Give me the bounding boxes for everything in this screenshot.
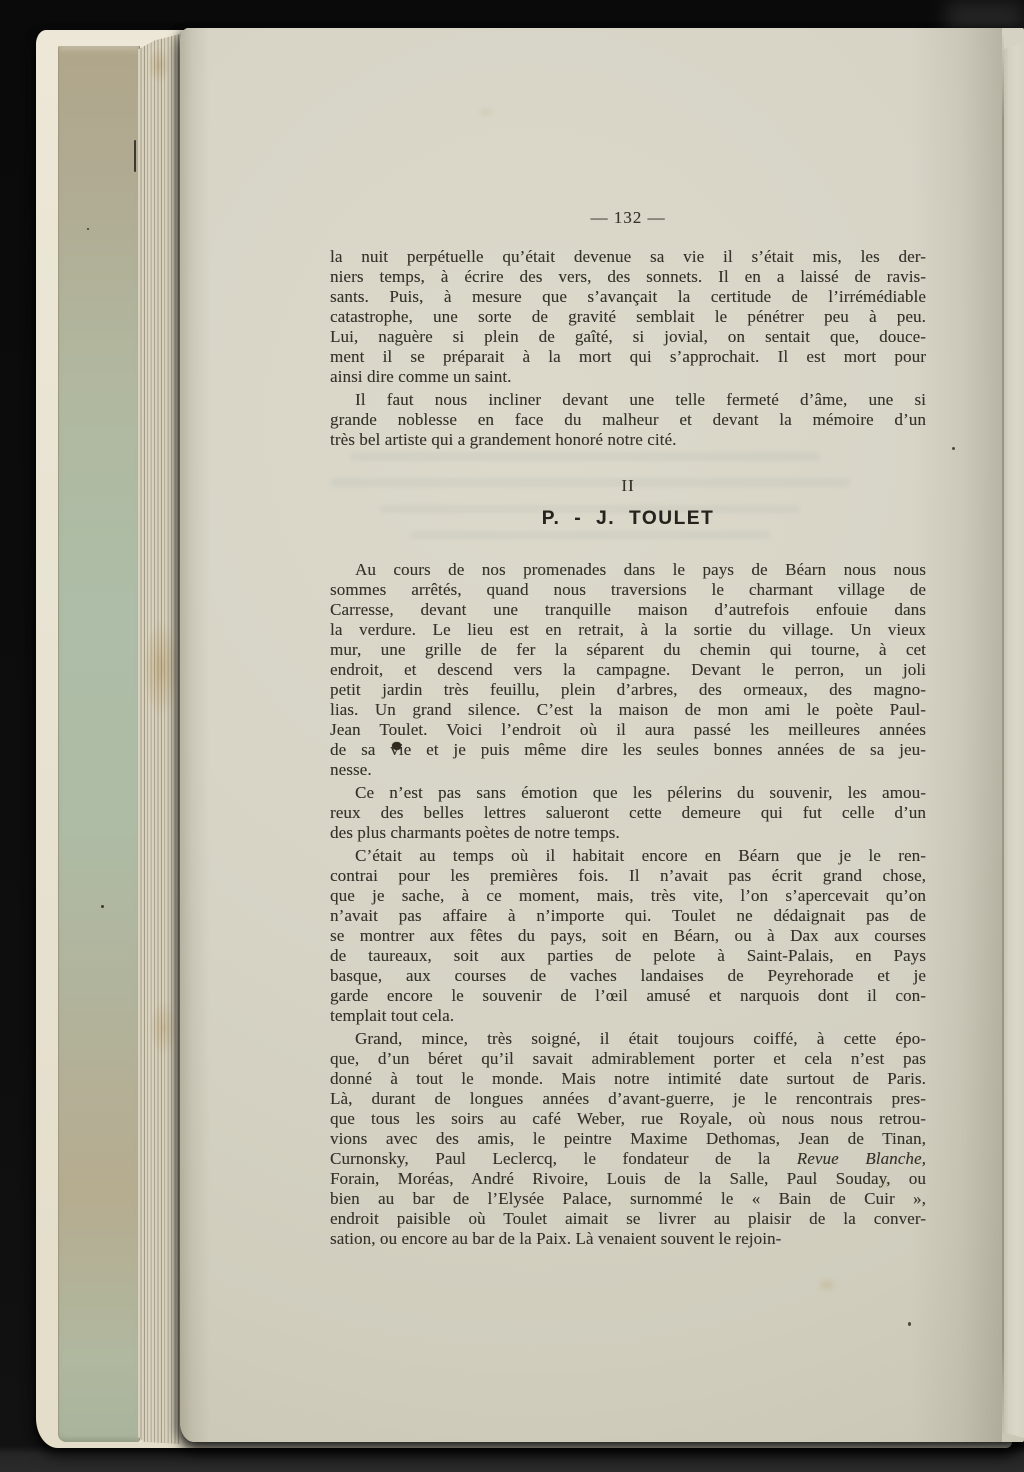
text-line: que, d’un béret qu’il savait admirableme…	[330, 1049, 926, 1069]
section-number: II	[330, 476, 926, 496]
age-stain	[480, 108, 492, 116]
text-line: des plus charmants poètes de notre temps…	[330, 823, 926, 843]
paragraph: Grand, mince, très soigné, il était touj…	[330, 1029, 926, 1249]
text-line: endroit paisible où Toulet aimait se liv…	[330, 1209, 926, 1229]
text-line: la verdure. Le lieu est en retrait, à la…	[330, 620, 926, 640]
page-number: — 132 —	[330, 208, 926, 228]
text-line: bien au bar de l’Elysée Palace, surnommé…	[330, 1189, 926, 1209]
text-line: que je sache, à ce moment, mais, très vi…	[330, 886, 926, 906]
photo-background: { "colors": { "background": "#0e0e0e", "…	[0, 0, 1024, 1472]
text-line: de sa vie et je puis même dire les seule…	[330, 740, 926, 760]
text-line: Curnonsky, Paul Leclercq, le fondateur d…	[330, 1149, 926, 1169]
text-line: vions avec des amis, le peintre Maxime D…	[330, 1129, 926, 1149]
italic-phrase: Revue Blanche,	[797, 1149, 926, 1168]
text-line: nesse.	[330, 760, 926, 780]
text-line: lias. Un grand silence. C’est la maison …	[330, 700, 926, 720]
text-line: garde encore le souvenir de l’œil amusé …	[330, 986, 926, 1006]
text-line: mur, une grille de fer la séparent du ch…	[330, 640, 926, 660]
text-line: templait tout cela.	[330, 1006, 926, 1026]
text-line: Il faut nous incliner devant une telle f…	[330, 390, 926, 410]
page-fold-crease	[1002, 36, 1004, 1434]
age-stain	[820, 1280, 834, 1290]
text-line: Forain, Moréas, André Rivoire, Louis de …	[330, 1169, 926, 1189]
next-page-edge	[1004, 42, 1024, 1438]
text-line: la nuit perpétuelle qu’était devenue sa …	[330, 247, 926, 267]
paper-speck	[87, 228, 89, 230]
gutter-shadow	[180, 28, 210, 1442]
page-edges-stack	[138, 34, 180, 1444]
text-line: très bel artiste qui a grandement honoré…	[330, 430, 926, 450]
text-line: Grand, mince, très soigné, il était touj…	[330, 1029, 926, 1049]
paragraph: la nuit perpétuelle qu’était devenue sa …	[330, 247, 926, 387]
text-line: Carresse, devant une tranquille maison d…	[330, 600, 926, 620]
text-line: donné à tout le monde. Mais notre intimi…	[330, 1069, 926, 1089]
text-line: grande noblesse en face du malheur et de…	[330, 410, 926, 430]
text-line: de taureaux, soit aux parties de pelote …	[330, 946, 926, 966]
text-block: — 132 —la nuit perpétuelle qu’était deve…	[330, 208, 926, 1249]
flyleaf-page	[58, 46, 140, 1442]
paragraph: Ce n’est pas sans émotion que les péleri…	[330, 783, 926, 843]
text-line: catastrophe, une sorte de gravité sembla…	[330, 307, 926, 327]
text-line: Ce n’est pas sans émotion que les péleri…	[330, 783, 926, 803]
text-line: C’était au temps où il habitait encore e…	[330, 846, 926, 866]
text-line: ment il se préparait à la mort qui s’app…	[330, 347, 926, 367]
text-line: Au cours de nos promenades dans le pays …	[330, 560, 926, 580]
paper-speck	[952, 447, 955, 450]
book-page: — 132 —la nuit perpétuelle qu’était deve…	[180, 28, 1024, 1442]
text-line: reux des belles lettres salueront cette …	[330, 803, 926, 823]
text-line: n’avait pas affaire à n’importe qui. Tou…	[330, 906, 926, 926]
text-line: sommes arrêtés, quand nous traversions l…	[330, 580, 926, 600]
paragraph: C’était au temps où il habitait encore e…	[330, 846, 926, 1026]
chapter-title: P. - J. TOULET	[330, 508, 926, 530]
paper-speck	[101, 905, 104, 908]
text-line: se montrer aux fêtes du pays, soit en Bé…	[330, 926, 926, 946]
text-line: endroit, et descend vers la campagne. De…	[330, 660, 926, 680]
paper-speck	[908, 1322, 911, 1326]
text-line: ainsi dire comme un saint.	[330, 367, 926, 387]
paragraph: Au cours de nos promenades dans le pays …	[330, 560, 926, 780]
text-line: niers temps, à écrire des vers, des sonn…	[330, 267, 926, 287]
paragraph: Il faut nous incliner devant une telle f…	[330, 390, 926, 450]
text-line: Là, durant de longues années d’avant-gue…	[330, 1089, 926, 1109]
text-line: Lui, naguère si plein de gaîté, si jovia…	[330, 327, 926, 347]
text-line: Jean Toulet. Voici l’endroit où il aura …	[330, 720, 926, 740]
text-line: petit jardin très feuillu, plein d’arbre…	[330, 680, 926, 700]
text-line: basque, aux courses de vaches landaises …	[330, 966, 926, 986]
text-line: sation, ou encore au bar de la Paix. Là …	[330, 1229, 926, 1249]
text-line: sants. Puis, à mesure que s’avançait la …	[330, 287, 926, 307]
dark-edge-mark	[134, 140, 136, 172]
text-line: que tous les soirs au café Weber, rue Ro…	[330, 1109, 926, 1129]
text-line: contrai pour les premières fois. Il n’av…	[330, 866, 926, 886]
